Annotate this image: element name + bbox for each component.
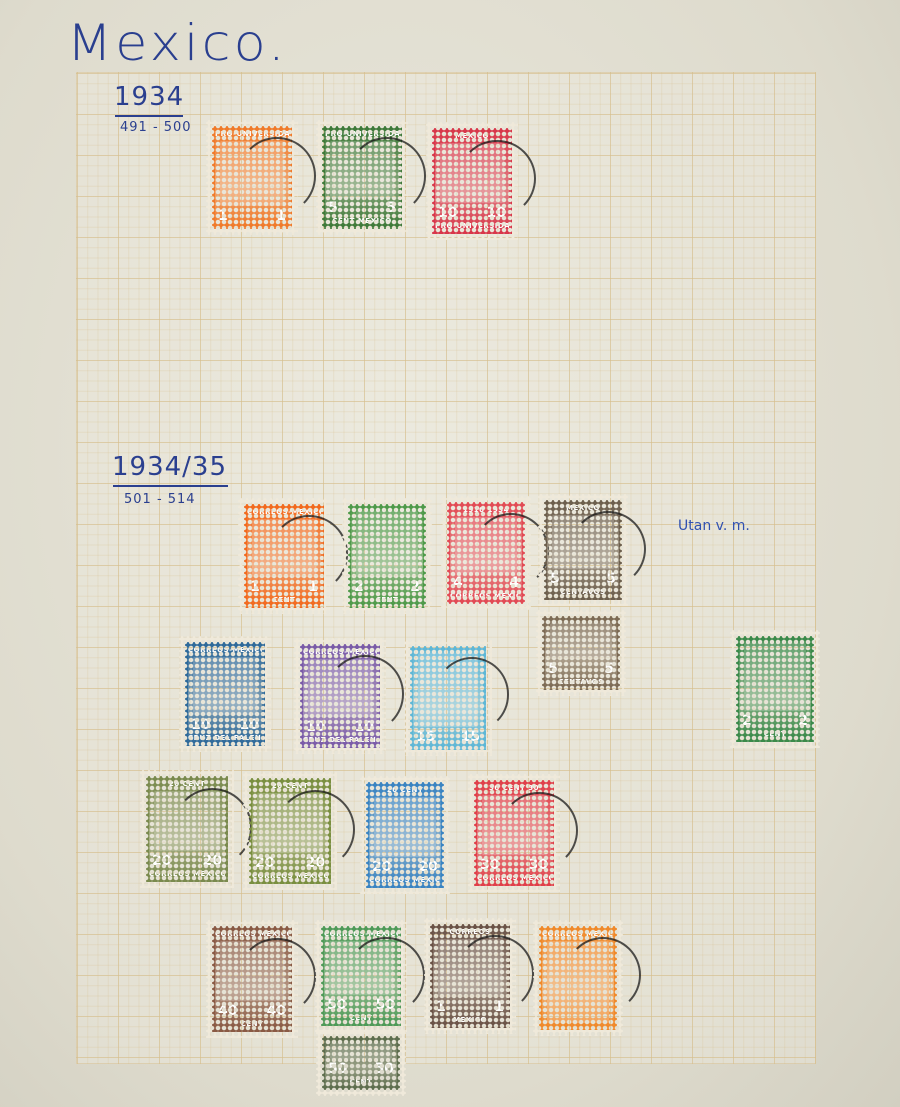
stamp: CORREOS-MEXICO1010CRUZ DEL PALENQUE bbox=[179, 636, 271, 752]
denomination-left: 1 bbox=[250, 579, 260, 595]
denomination-right: 10 bbox=[240, 717, 259, 733]
denomination-left: 20 bbox=[372, 859, 391, 875]
stamp: 20 CENT2020CORREOS MEXICO bbox=[360, 776, 450, 894]
stamp: 30 CENT 303030CORREOS MEXICO bbox=[468, 774, 560, 892]
denomination-left: 5 bbox=[328, 200, 338, 216]
stamp-top-legend: MEXICO bbox=[435, 131, 509, 141]
stamp-denomination: 5050 bbox=[325, 1061, 397, 1077]
stamp: CORREOS11MEXICO bbox=[424, 918, 516, 1034]
stamp-vignette bbox=[154, 791, 219, 851]
stamp-bottom-legend: CENT bbox=[247, 595, 321, 605]
stamp-bottom-legend: PRO-UNIVERSIDAD bbox=[435, 221, 509, 231]
stamp-top-legend: CORREOS MEXICO bbox=[215, 929, 289, 939]
stamp-top-legend: CORREOS-MEXICO bbox=[303, 647, 377, 657]
denomination-left: 10 bbox=[191, 717, 210, 733]
stamp-top-legend bbox=[545, 619, 617, 621]
stamp-denomination: 2020 bbox=[252, 855, 328, 871]
stamp-vignette bbox=[252, 519, 316, 577]
stamp-top-legend: CORREOS-MEXICO bbox=[188, 645, 262, 655]
stamp-top-legend: CORREOS MEXICO bbox=[542, 929, 614, 939]
stamp-top-legend: PRO-UNIVERSIDAD bbox=[325, 129, 399, 139]
denomination-left: 15 bbox=[416, 729, 435, 745]
stamp-top-legend: 20 CENT bbox=[369, 785, 441, 795]
stamp-bottom-legend: CENT bbox=[325, 1077, 397, 1087]
stamp-vignette bbox=[455, 517, 517, 573]
stamp: 1515 bbox=[404, 640, 492, 756]
stamp-bottom-legend: CRUZ DEL PALENQUE bbox=[303, 735, 377, 745]
stamp-vignette bbox=[220, 141, 284, 206]
stamp-bottom-legend: CENT bbox=[739, 729, 811, 739]
stamp-denomination: 55 bbox=[325, 200, 399, 216]
denomination-right: 1 bbox=[276, 208, 286, 224]
stamp-vignette bbox=[308, 659, 372, 717]
stamp: 20 CENT2020CORREOS MEXICO bbox=[140, 770, 234, 888]
denomination-right: 20 bbox=[306, 855, 325, 871]
stamp-denomination: 44 bbox=[450, 575, 522, 591]
stamp-bottom-legend: CENTAVOS bbox=[547, 587, 619, 597]
stamp: CORREOS MEXICO bbox=[533, 920, 623, 1036]
stamp-denomination: 22 bbox=[351, 579, 423, 595]
stamp-denomination: 55 bbox=[547, 571, 619, 587]
denomination-right: 5 bbox=[604, 661, 614, 677]
stamp: 22CENT bbox=[730, 630, 820, 748]
stamp-vignette bbox=[257, 793, 322, 853]
section-year-1934: 1934 bbox=[114, 82, 184, 112]
stamp-vignette bbox=[440, 143, 504, 203]
stamp-bottom-legend: CORREOS MEXICO bbox=[149, 869, 225, 879]
stamp-top-legend bbox=[413, 649, 483, 651]
stamp: 5050CENT bbox=[316, 1030, 406, 1096]
denomination-right: 4 bbox=[509, 575, 519, 591]
stamp-vignette bbox=[418, 653, 478, 727]
stamp: CORREOS MEXICO4040CENT bbox=[206, 920, 298, 1038]
stamp: CORREOS-MEXICO5050CENT bbox=[315, 920, 407, 1032]
stamp-bottom-legend: CORREOS MEXICO bbox=[477, 873, 551, 883]
stamp-top-legend: MEXICO bbox=[547, 503, 619, 513]
section-year-1934-35: 1934/35 bbox=[112, 452, 227, 482]
denomination-left: 50 bbox=[327, 997, 346, 1013]
denomination-left: 2 bbox=[354, 579, 364, 595]
stamp-denomination: 1515 bbox=[413, 729, 483, 745]
denomination-right: 20 bbox=[419, 859, 438, 875]
stamp-vignette bbox=[330, 1043, 392, 1059]
stamp-denomination: 22 bbox=[739, 713, 811, 729]
denomination-left: 1 bbox=[436, 999, 446, 1015]
stamp-top-legend: CORREOS-MEXICO bbox=[324, 929, 398, 939]
stamp-bottom-legend: CORREOS MEXICO bbox=[450, 591, 522, 601]
stamp-vignette bbox=[356, 511, 418, 577]
stamp: 20 CENT2020CORREOS MEXICO bbox=[243, 772, 337, 890]
denomination-right: 40 bbox=[267, 1003, 286, 1019]
stamp-denomination: 11 bbox=[215, 208, 289, 224]
denomination-right: 5 bbox=[386, 200, 396, 216]
stamp-denomination: 2020 bbox=[369, 859, 441, 875]
denomination-left: 1 bbox=[218, 208, 228, 224]
stamp: MEXICO55CENTAVOS bbox=[538, 494, 628, 606]
stamp-vignette bbox=[550, 623, 612, 659]
stamp-bottom-legend bbox=[413, 745, 483, 747]
stamp-top-legend bbox=[325, 1039, 397, 1041]
stamp-denomination: 4040 bbox=[215, 1003, 289, 1019]
stamp-vignette bbox=[547, 941, 609, 1023]
denomination-right: 5 bbox=[606, 571, 616, 587]
denomination-left: 5 bbox=[550, 571, 560, 587]
stamp-top-legend: 30 CENT 30 bbox=[477, 783, 551, 793]
stamp-top-legend: 20 CENT bbox=[252, 781, 328, 791]
denomination-right: 30 bbox=[529, 857, 548, 873]
stamp-top-legend bbox=[351, 507, 423, 509]
stamp-bottom-legend: CENT bbox=[215, 1019, 289, 1029]
stamp: 22CENT bbox=[342, 498, 432, 614]
denomination-right: 20 bbox=[203, 853, 222, 869]
stamp: PRO-UNIVERSIDAD55CENT MEXICO bbox=[316, 120, 408, 235]
stamp: 1910 193444CORREOS MEXICO bbox=[441, 496, 531, 610]
section-range-1934-35: 501 - 514 bbox=[124, 492, 196, 507]
stamp-denomination: 5050 bbox=[324, 997, 398, 1013]
denomination-right: 50 bbox=[376, 997, 395, 1013]
denomination-left: 4 bbox=[453, 575, 463, 591]
section-underline bbox=[115, 115, 183, 117]
denomination-right: 1 bbox=[494, 999, 504, 1015]
denomination-right: 10 bbox=[355, 719, 374, 735]
stamp: MEXICO1010PRO-UNIVERSIDAD bbox=[426, 122, 518, 240]
stamp-top-legend: PRO-UNIVERSIDAD bbox=[215, 129, 289, 139]
section-range-1934: 491 - 500 bbox=[120, 120, 192, 135]
stamp-bottom-legend: CENT bbox=[351, 595, 423, 605]
stamp-denomination: 1010 bbox=[435, 205, 509, 221]
stamp: 55CENTAVOS bbox=[536, 610, 626, 696]
stamp-top-legend: CORREOS bbox=[433, 927, 507, 937]
denomination-left: 2 bbox=[742, 713, 752, 729]
stamp-bottom-legend: CRUZ DEL PALENQUE bbox=[188, 733, 262, 743]
denomination-left: 20 bbox=[152, 853, 171, 869]
stamp-top-legend: 20 CENT bbox=[149, 779, 225, 789]
stamp-vignette bbox=[482, 795, 546, 855]
stamp-vignette bbox=[438, 939, 502, 997]
stamp-bottom-legend: MEXICO bbox=[433, 1015, 507, 1025]
stamp-vignette bbox=[552, 515, 614, 569]
denomination-right: 2 bbox=[410, 579, 420, 595]
stamp-denomination: 11 bbox=[433, 999, 507, 1015]
denomination-right: 10 bbox=[487, 205, 506, 221]
stamp-bottom-legend bbox=[542, 1025, 614, 1027]
page-title: Mexico. bbox=[67, 14, 288, 72]
handwritten-note: Utan v. m. bbox=[678, 518, 750, 534]
denomination-left: 5 bbox=[548, 661, 558, 677]
denomination-left: 10 bbox=[306, 719, 325, 735]
stamp: CORREOS-MEXICO1010CRUZ DEL PALENQUE bbox=[294, 638, 386, 754]
stamp-denomination: 1010 bbox=[303, 719, 377, 735]
stamp-bottom-legend: CENT bbox=[324, 1013, 398, 1023]
stamp: PRO-UNIVERSIDAD11 bbox=[206, 120, 298, 235]
denomination-right: 15 bbox=[461, 729, 480, 745]
stamp-denomination: 55 bbox=[545, 661, 617, 677]
denomination-left: 20 bbox=[255, 855, 274, 871]
stamp-top-legend bbox=[739, 639, 811, 641]
stamp: CORREOS-MEXICO11CENT bbox=[238, 498, 330, 614]
stamp-bottom-legend: CORREOS MEXICO bbox=[252, 871, 328, 881]
denomination-left: 50 bbox=[328, 1061, 347, 1077]
stamp-bottom-legend: CENT MEXICO bbox=[325, 216, 399, 226]
stamp-vignette bbox=[744, 643, 806, 711]
stamp-denomination: 11 bbox=[247, 579, 321, 595]
stamp-vignette bbox=[374, 797, 436, 857]
section-underline bbox=[113, 485, 228, 487]
denomination-right: 1 bbox=[308, 579, 318, 595]
stamp-bottom-legend bbox=[215, 224, 289, 226]
stamp-vignette bbox=[330, 141, 394, 198]
stamp-denomination: 1010 bbox=[188, 717, 262, 733]
stamp-denomination: 3030 bbox=[477, 857, 551, 873]
stamp-bottom-legend: CENTAVOS bbox=[545, 677, 617, 687]
denomination-left: 30 bbox=[480, 857, 499, 873]
denomination-left: 40 bbox=[218, 1003, 237, 1019]
denomination-right: 50 bbox=[375, 1061, 394, 1077]
stamp-top-legend: CORREOS-MEXICO bbox=[247, 507, 321, 517]
album-page: Mexico. 1934 491 - 500 1934/35 501 - 514… bbox=[0, 0, 900, 1107]
stamp-vignette bbox=[193, 657, 257, 715]
stamp-vignette bbox=[220, 941, 284, 1001]
denomination-right: 2 bbox=[798, 713, 808, 729]
denomination-left: 10 bbox=[438, 205, 457, 221]
stamp-denomination: 2020 bbox=[149, 853, 225, 869]
stamp-top-legend: 1910 1934 bbox=[450, 505, 522, 515]
stamp-vignette bbox=[329, 941, 393, 995]
stamp-bottom-legend: CORREOS MEXICO bbox=[369, 875, 441, 885]
